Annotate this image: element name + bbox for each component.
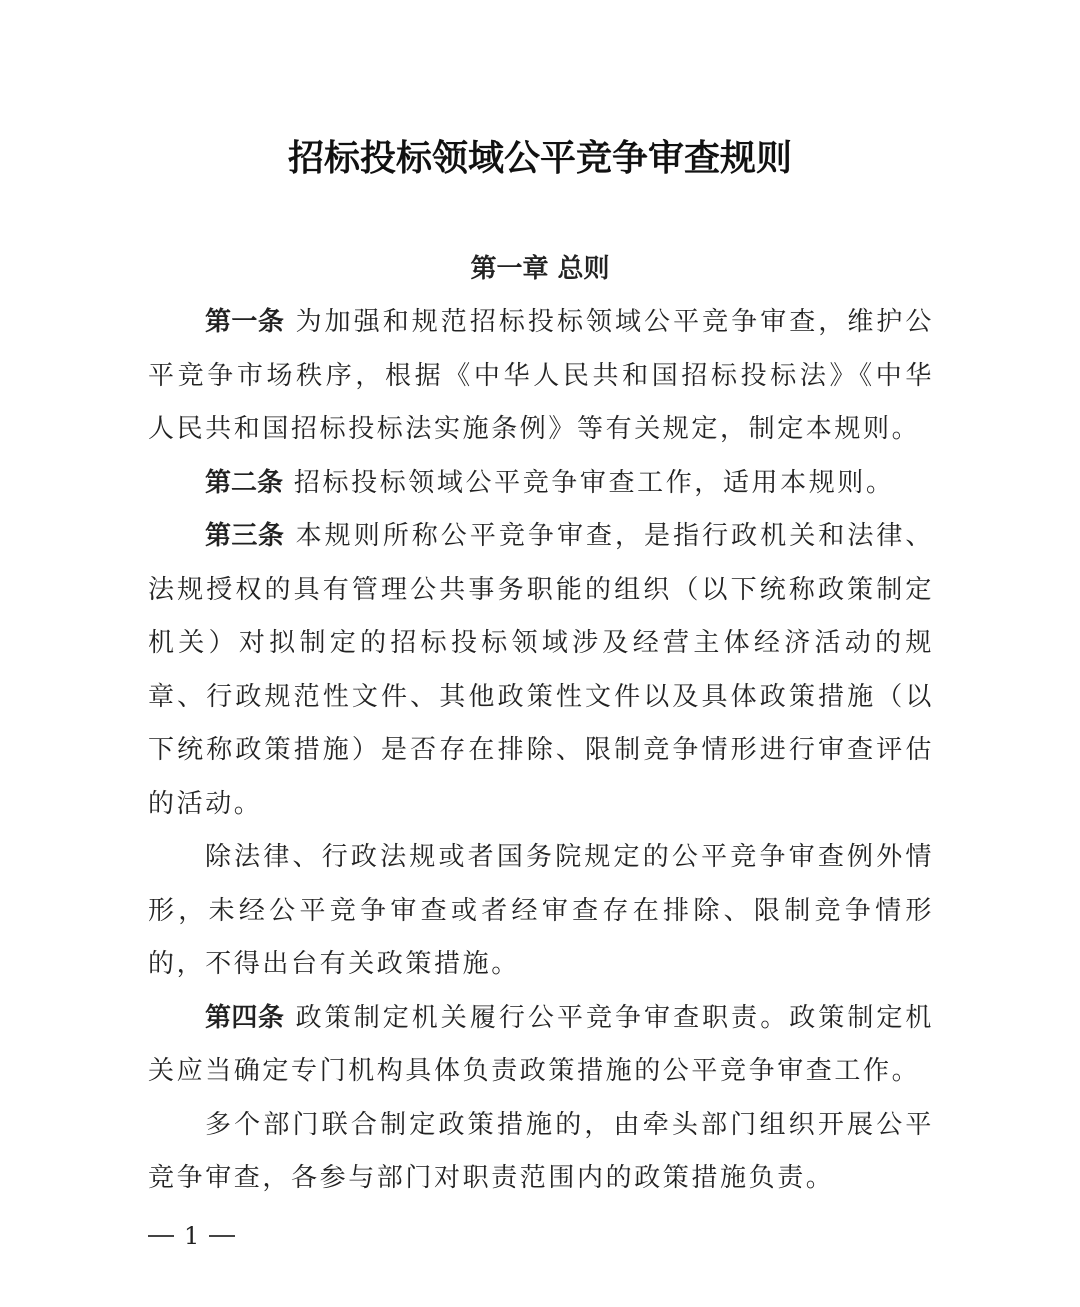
- paragraph-article-3-clause-2: 除法律、行政法规或者国务院规定的公平竞争审查例外情形，未经公平竞争审查或者经审查…: [148, 831, 934, 992]
- document-body: 第一条 为加强和规范招标投标领域公平竞争审查，维护公平竞争市场秩序，根据《中华人…: [148, 296, 934, 1206]
- paragraph-text: 本规则所称公平竞争审查，是指行政机关和法律、法规授权的具有管理公共事务职能的组织…: [148, 521, 934, 819]
- paragraph-article-2: 第二条 招标投标领域公平竞争审查工作，适用本规则。: [148, 457, 934, 511]
- paragraph-text: 除法律、行政法规或者国务院规定的公平竞争审查例外情形，未经公平竞争审查或者经审查…: [148, 842, 934, 979]
- paragraph-article-4-clause-2: 多个部门联合制定政策措施的，由牵头部门组织开展公平竞争审查，各参与部门对职责范围…: [148, 1099, 934, 1206]
- document-title: 招标投标领域公平竞争审查规则: [0, 130, 1080, 181]
- page-number: 1: [184, 1222, 199, 1250]
- page-footer: 1: [148, 1222, 235, 1250]
- article-label: 第一条: [205, 307, 284, 337]
- paragraph-article-3: 第三条 本规则所称公平竞争审查，是指行政机关和法律、法规授权的具有管理公共事务职…: [148, 510, 934, 831]
- article-label: 第二条: [205, 468, 283, 498]
- document-page: 招标投标领域公平竞争审查规则 第一章 总则 第一条 为加强和规范招标投标领域公平…: [0, 0, 1080, 1307]
- paragraph-text: 招标投标领域公平竞争审查工作，适用本规则。: [294, 468, 895, 498]
- dash-right: [209, 1235, 235, 1237]
- chapter-heading: 第一章 总则: [0, 248, 1080, 285]
- article-label: 第四条: [205, 1003, 284, 1033]
- paragraph-article-4: 第四条 政策制定机关履行公平竞争审查职责。政策制定机关应当确定专门机构具体负责政…: [148, 992, 934, 1099]
- article-label: 第三条: [205, 521, 284, 551]
- dash-left: [148, 1235, 174, 1237]
- paragraph-text: 多个部门联合制定政策措施的，由牵头部门组织开展公平竞争审查，各参与部门对职责范围…: [148, 1110, 934, 1194]
- paragraph-article-1: 第一条 为加强和规范招标投标领域公平竞争审查，维护公平竞争市场秩序，根据《中华人…: [148, 296, 934, 457]
